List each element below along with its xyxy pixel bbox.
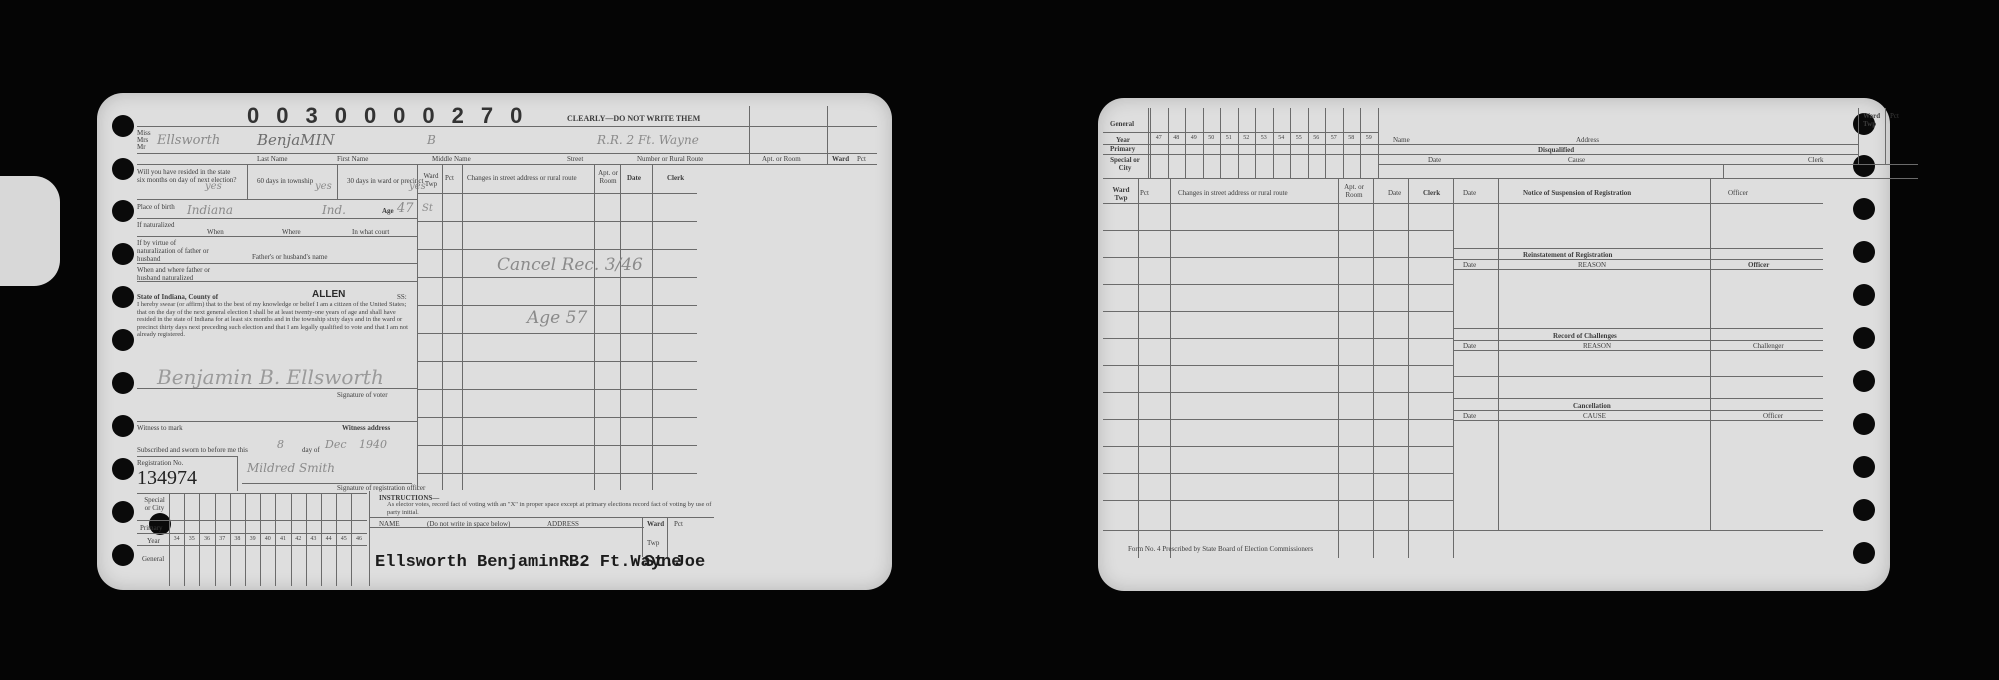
footer-label-ward: Ward — [647, 520, 664, 528]
cancellation-title: Cancellation — [1573, 402, 1611, 410]
footer-label-pct: Pct — [674, 520, 683, 528]
label-pct: Pct — [857, 155, 866, 163]
label-middle-name: Middle Name — [432, 155, 471, 163]
label-day-of: day of — [302, 446, 320, 454]
voting-year-cell: 55 — [1290, 135, 1308, 141]
handwritten-address: R.R. 2 Ft. Wayne — [597, 133, 699, 147]
handwritten-day: 8 — [277, 438, 284, 451]
punch-hole — [1853, 241, 1875, 263]
punch-hole — [1853, 456, 1875, 478]
reinstatement-title: Reinstatement of Registration — [1523, 251, 1612, 259]
label-by-virtue: If by virtue of naturalization of father… — [137, 239, 212, 263]
oath-county: ALLEN — [312, 289, 345, 300]
handwritten-change-1: Cancel Rec. 3/46 — [497, 255, 643, 275]
footer-label-twp: Twp — [647, 539, 659, 547]
grid-label-year: Year — [147, 537, 160, 545]
grid-label-special: Special or City — [142, 496, 167, 512]
back-label-name: Name — [1393, 136, 1410, 144]
voting-year-cell: 34 — [169, 536, 184, 542]
voting-year-cell: 35 — [184, 536, 199, 542]
label-where: Where — [282, 228, 301, 236]
label-subscribed: Subscribed and sworn to before me this — [137, 446, 248, 454]
punch-hole — [112, 243, 134, 265]
punch-hole — [1853, 542, 1875, 564]
registration-number: 134974 — [137, 467, 197, 490]
punch-hole — [112, 200, 134, 222]
back-label-address: Address — [1576, 136, 1599, 144]
handwritten-month: Dec — [325, 438, 347, 451]
suspension-header-officer: Officer — [1728, 189, 1748, 197]
voting-year-cell: 47 — [1150, 135, 1168, 141]
suspension-header-title: Notice of Suspension of Registration — [1523, 189, 1631, 197]
punch-hole — [112, 544, 134, 566]
changes-header-clerk: Clerk — [667, 174, 684, 182]
label-last-name: Last Name — [257, 155, 288, 163]
voting-year-cell: 54 — [1273, 135, 1291, 141]
challenges-title: Record of Challenges — [1553, 332, 1617, 340]
handwritten-place-of-birth: Indiana — [187, 203, 233, 217]
punch-hole — [112, 158, 134, 180]
voting-year-cell: 53 — [1255, 135, 1273, 141]
back-changes-header-ward: Ward Twp — [1110, 186, 1132, 202]
reinstatement-header-reason: REASON — [1578, 261, 1606, 269]
handwritten-ward-entry: St — [422, 203, 433, 214]
back-changes-header-changes: Changes in street address or rural route — [1178, 189, 1288, 197]
back-changes-header-apt: Apt. or Room — [1343, 183, 1365, 199]
back-changes-header-date: Date — [1388, 189, 1401, 197]
challenges-header-reason: REASON — [1583, 342, 1611, 350]
punch-hole — [112, 115, 134, 137]
voting-year-cell: 48 — [1168, 135, 1186, 141]
punch-hole — [1853, 370, 1875, 392]
voting-year-cell: 37 — [215, 536, 230, 542]
punch-hole — [1853, 413, 1875, 435]
cancellation-header-cause: CAUSE — [1583, 412, 1606, 420]
registration-card-front: 0030000270 CLEARLY—DO NOT WRITE THEM Mis… — [97, 93, 892, 590]
back-label-ward: Ward Twp — [1863, 112, 1883, 128]
oath-state-line: State of Indiana, County of — [137, 293, 218, 301]
label-witness: Witness to mark — [137, 424, 183, 432]
label-when: When — [207, 228, 224, 236]
label-number-rural: Number or Rural Route — [637, 155, 703, 163]
back-label-date: Date — [1428, 156, 1441, 164]
punch-hole — [112, 286, 134, 308]
challenges-header-date: Date — [1463, 342, 1476, 350]
voting-year-cell: 52 — [1238, 135, 1256, 141]
back-grid-label-primary: Primary — [1110, 145, 1135, 153]
back-changes-header-clerk: Clerk — [1423, 189, 1440, 197]
back-grid-label-special: Special or City — [1110, 156, 1140, 172]
registration-officer-signature: Mildred Smith — [247, 461, 335, 475]
label-when-where-father: When and where father or husband natural… — [137, 266, 217, 282]
handwritten-change-2: Age 57 — [527, 308, 587, 328]
handwritten-age: 47 — [397, 201, 414, 216]
label-street: Street — [567, 155, 583, 163]
typed-township: St.Joe — [644, 553, 705, 572]
film-edge-tab — [0, 176, 60, 286]
instructions-text: As elector votes, record fact of voting … — [387, 501, 717, 516]
back-label-clerk: Clerk — [1808, 156, 1824, 164]
back-label-disqualified: Disqualified — [1538, 146, 1574, 154]
label-age: Age — [382, 207, 394, 215]
punch-hole — [112, 415, 134, 437]
registration-card-back: General Year Primary Special or City 474… — [1098, 98, 1890, 591]
cancellation-header-officer: Officer — [1763, 412, 1783, 420]
voting-year-cell: 45 — [336, 536, 351, 542]
voting-year-cell: 56 — [1308, 135, 1326, 141]
handwritten-first-name: BenjaMIN — [257, 131, 335, 149]
label-court: In what court — [352, 228, 389, 236]
reinstatement-header-date: Date — [1463, 261, 1476, 269]
handwritten-middle: B — [427, 133, 436, 147]
changes-header-apt: Apt. or Room — [597, 169, 619, 185]
punch-hole — [1853, 327, 1875, 349]
changes-header-changes: Changes in street address or rural route — [467, 174, 577, 182]
handwritten-year: 1940 — [359, 438, 387, 451]
grid-label-primary: Primary — [140, 524, 163, 532]
oath-ss: SS: — [397, 293, 407, 301]
question-days-township: 60 days in township — [257, 177, 313, 185]
label-apt-room: Apt. or Room — [762, 155, 801, 163]
voting-year-cell: 51 — [1220, 135, 1238, 141]
back-grid-label-year: Year — [1116, 136, 1130, 144]
punch-hole — [112, 329, 134, 351]
punch-hole — [1853, 284, 1875, 306]
voting-year-cell: 58 — [1343, 135, 1361, 141]
punch-hole — [1853, 499, 1875, 521]
voting-year-cell: 40 — [260, 536, 275, 542]
voting-year-cell: 43 — [306, 536, 321, 542]
grid-label-general: General — [142, 555, 164, 563]
voting-year-cell: 57 — [1325, 135, 1343, 141]
voting-year-cell: 49 — [1185, 135, 1203, 141]
oath-text: I hereby swear (or affirm) that to the b… — [137, 301, 412, 339]
changes-header-ward: Ward Twp — [421, 172, 441, 188]
reinstatement-header-officer: Officer — [1748, 261, 1769, 269]
voting-year-cell: 36 — [199, 536, 214, 542]
header-instruction: CLEARLY—DO NOT WRITE THEM — [567, 115, 700, 123]
voting-year-cell: 42 — [291, 536, 306, 542]
punch-hole — [1853, 155, 1875, 177]
label-registration-no: Registration No. — [137, 459, 183, 467]
label-ward: Ward — [832, 155, 849, 163]
changes-header-date: Date — [627, 174, 641, 182]
typed-name: Ellsworth Benjamin B. — [375, 553, 589, 572]
back-label-cause: Cause — [1568, 156, 1585, 164]
back-grid-label-general: General — [1110, 120, 1134, 128]
changes-header-pct: Pct — [445, 174, 454, 182]
label-signature-voter: Signature of voter — [337, 391, 388, 399]
suspension-header-date: Date — [1463, 189, 1476, 197]
voting-year-cell: 50 — [1203, 135, 1221, 141]
voting-year-cell: 44 — [321, 536, 336, 542]
label-signature-officer: Signature of registration officer — [337, 484, 425, 492]
answer-days-township: yes — [315, 181, 332, 192]
title-mr: Mr — [137, 143, 146, 151]
cancellation-header-date: Date — [1463, 412, 1476, 420]
label-first-name: First Name — [337, 155, 368, 163]
answer-resided: yes — [205, 181, 222, 192]
voting-year-cell: 46 — [351, 536, 366, 542]
label-fathers-name: Father's or husband's name — [252, 253, 327, 261]
label-place-of-birth: Place of birth — [137, 203, 177, 211]
voting-year-cell: 38 — [230, 536, 245, 542]
challenges-header-challenger: Challenger — [1753, 342, 1784, 350]
punch-hole — [112, 458, 134, 480]
punch-hole — [1853, 198, 1875, 220]
back-changes-header-pct: Pct — [1140, 189, 1149, 197]
handwritten-birth-detail: Ind. — [322, 203, 346, 217]
question-resided: Will you have resided in the state six m… — [137, 168, 237, 184]
voting-year-cell: 39 — [245, 536, 260, 542]
label-naturalized: If naturalized — [137, 221, 177, 229]
form-footer: Form No. 4 Prescribed by State Board of … — [1128, 545, 1313, 553]
voting-year-cell: 41 — [275, 536, 290, 542]
back-label-pct: Pct — [1890, 112, 1899, 120]
voter-signature: Benjamin B. Ellsworth — [157, 365, 384, 389]
handwritten-last-name: Ellsworth — [157, 133, 220, 148]
punch-hole — [112, 372, 134, 394]
punch-hole — [112, 501, 134, 523]
voting-year-cell: 59 — [1360, 135, 1378, 141]
label-witness-address: Witness address — [342, 424, 390, 432]
